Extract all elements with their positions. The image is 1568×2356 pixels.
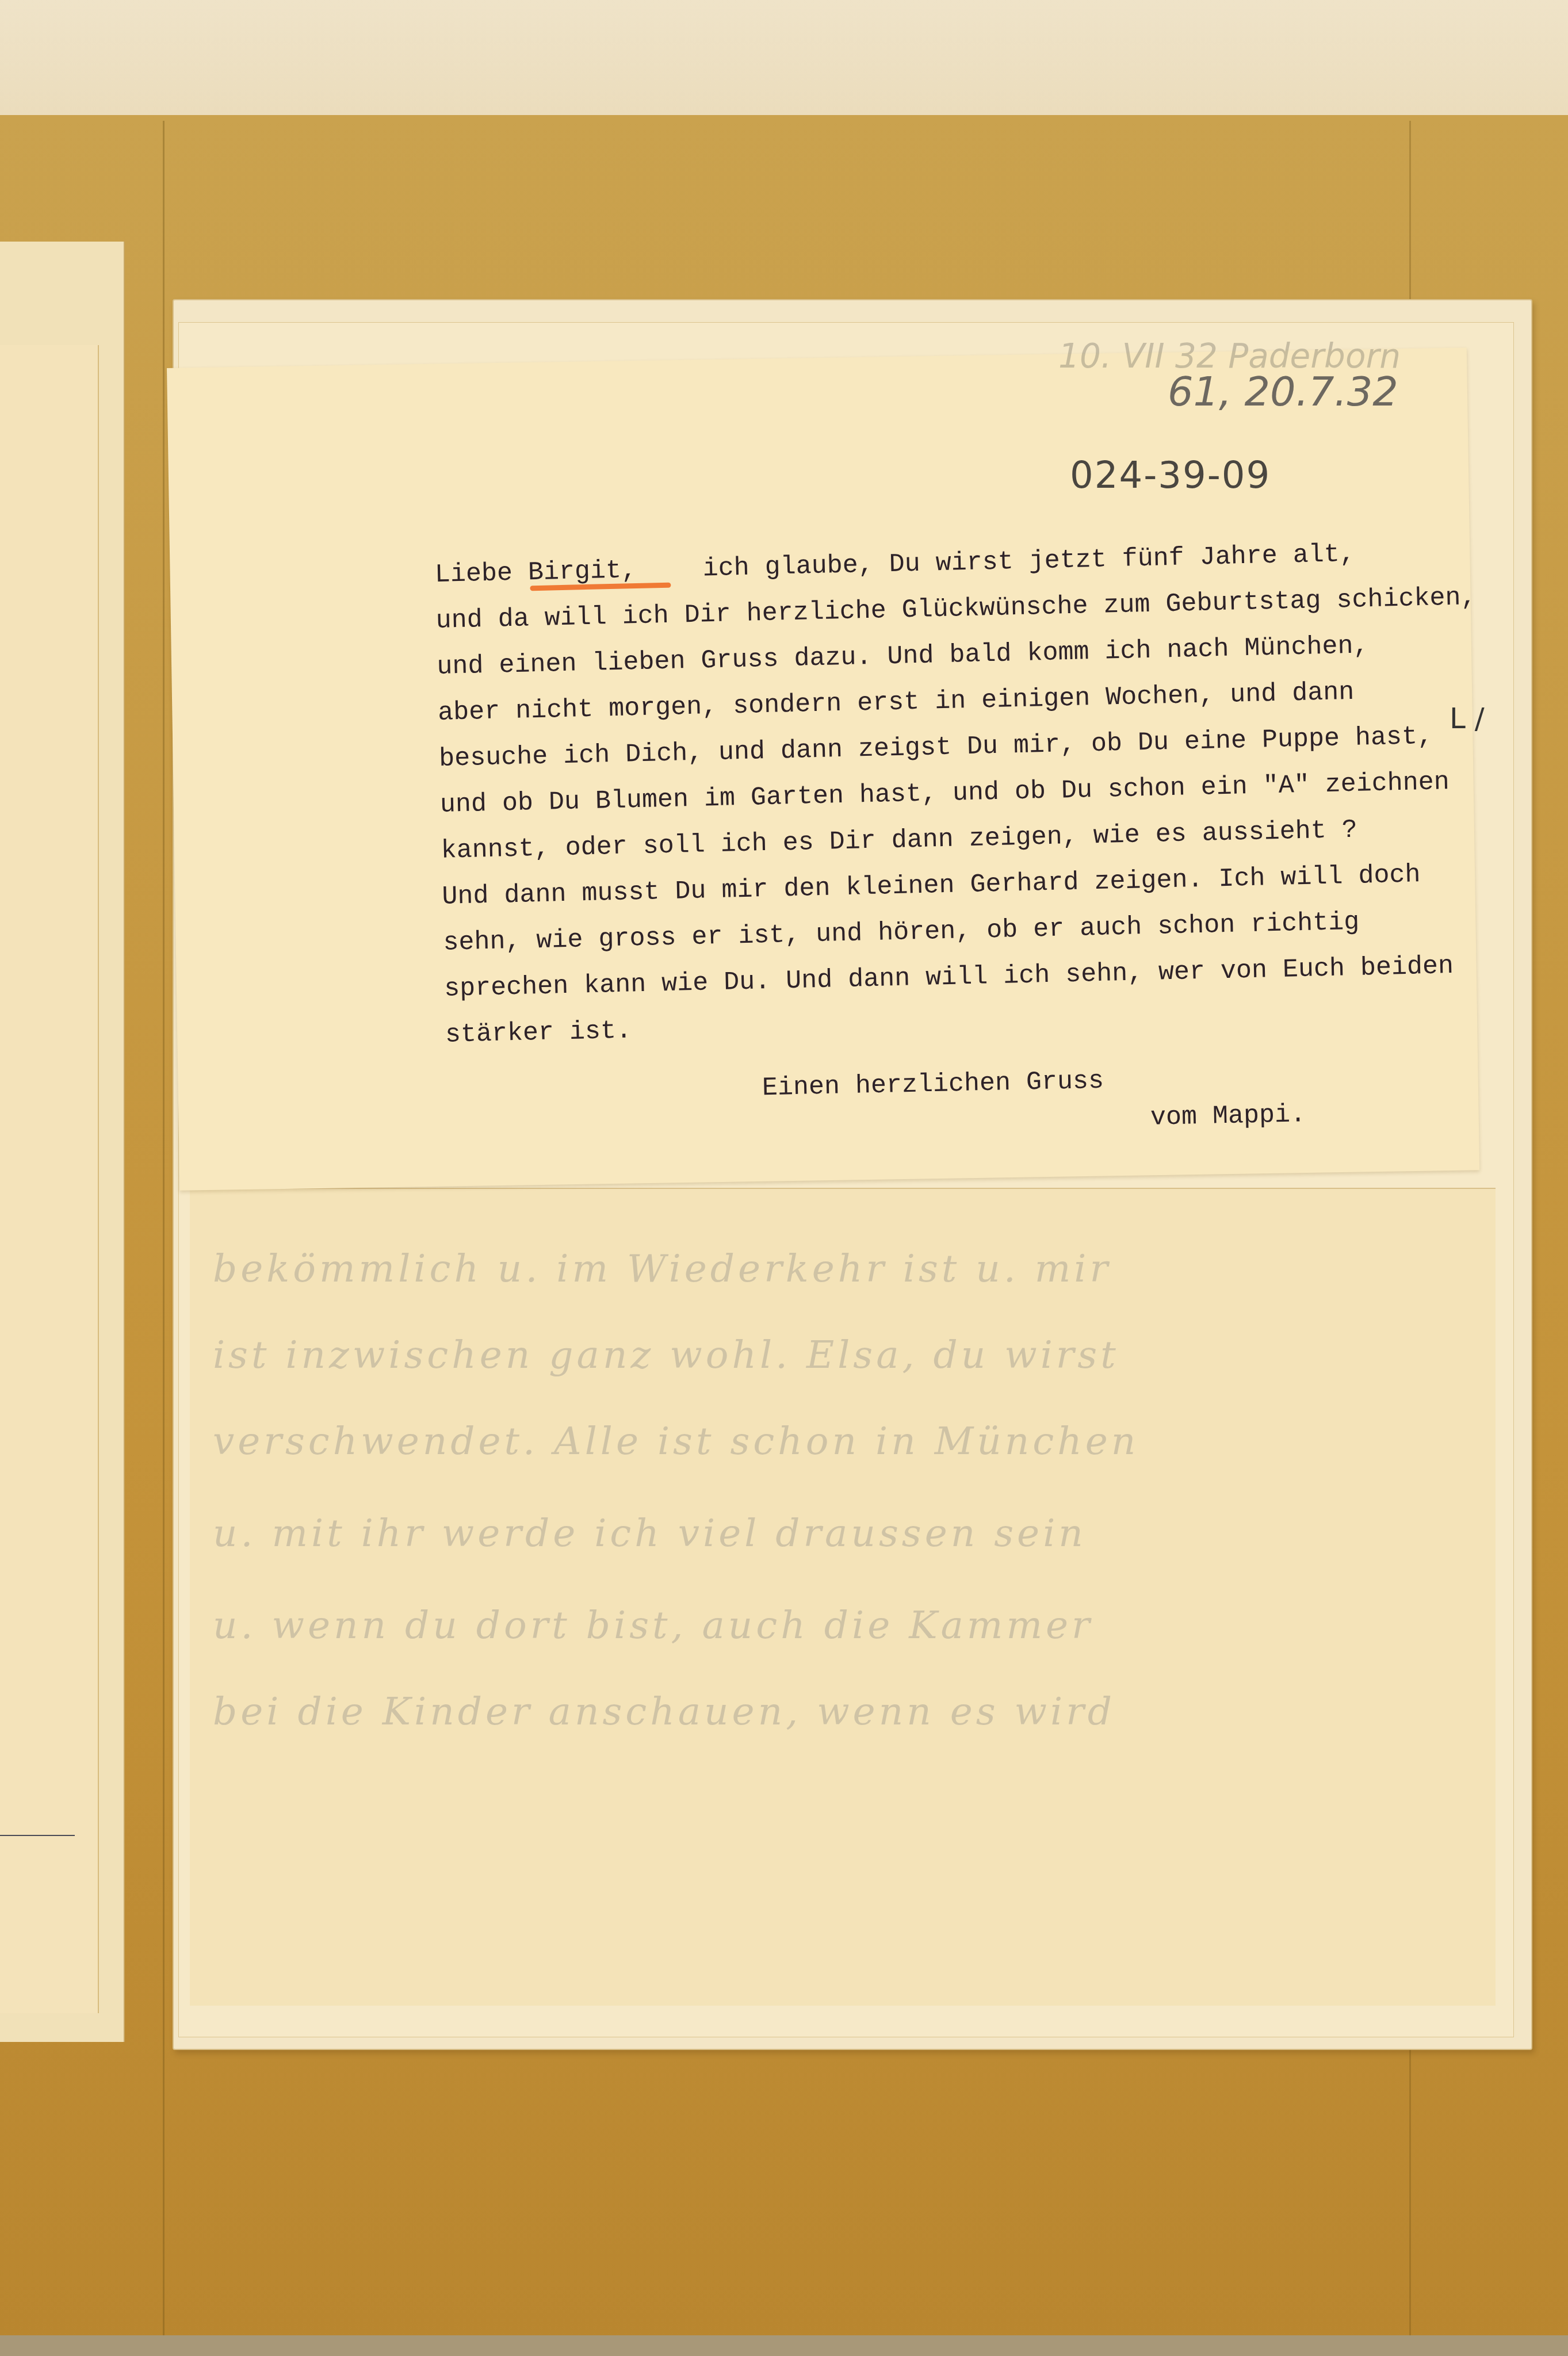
- left-document-stack: [0, 242, 124, 2042]
- ghost-handwriting: bei die Kinder anschauen, wenn es wird: [213, 1689, 1115, 1734]
- left-sheet: [0, 345, 99, 2013]
- letter-body: Liebe Birgit,ich glaube, Du wirst jetzt …: [434, 529, 1481, 1058]
- pencil-date-annotation: 61, 20.7.32: [1168, 368, 1398, 415]
- table-edge: [0, 2335, 1568, 2356]
- letter-line: ich glaube, Du wirst jetzt fünf Jahre al…: [702, 540, 1355, 584]
- ghost-handwriting: bekömmlich u. im Wiederkehr ist u. mir: [213, 1246, 1111, 1291]
- ghost-handwriting: verschwendet. Alle ist schon in München: [213, 1419, 1139, 1463]
- ghost-handwriting: u. wenn du dort bist, auch die Kammer: [213, 1603, 1093, 1647]
- left-sheet-rule: [0, 1835, 75, 1836]
- ghost-handwriting: ist inzwischen ganz wohl. Elsa, du wirst: [213, 1333, 1119, 1377]
- margin-mark: L /: [1450, 702, 1485, 735]
- archive-number: 024-39-09: [1070, 454, 1271, 497]
- signature: vom Mappi.: [1150, 1100, 1306, 1133]
- folder-fold-line: [163, 121, 165, 2335]
- underlying-handwritten-sheet: bekömmlich u. im Wiederkehr ist u. mir i…: [190, 1188, 1496, 2006]
- ghost-handwriting: u. mit ihr werde ich viel draussen sein: [213, 1511, 1087, 1555]
